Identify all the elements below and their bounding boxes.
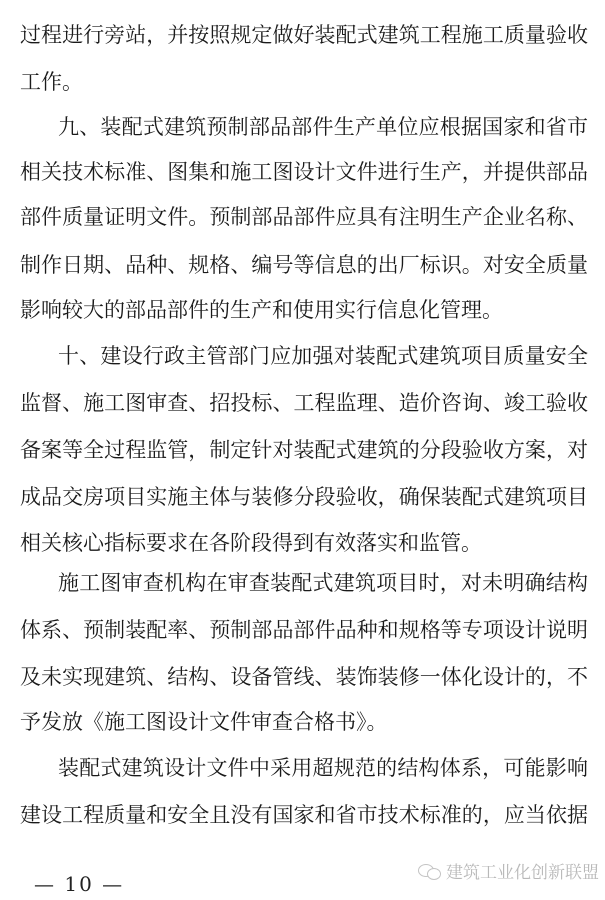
text-line: 相关核心指标要求在各阶段得到有效落实和监管。 (20, 530, 588, 556)
watermark-text: 建筑工业化创新联盟 (446, 858, 599, 883)
paragraph-first-line: 十、建设行政主管部门应加强对装配式建筑项目质量安全 (58, 343, 588, 369)
text-line: 予发放《施工图设计文件审查合格书》。 (20, 709, 588, 735)
text-line: 部件质量证明文件。预制部品部件应具有注明生产企业名称、 (20, 204, 588, 230)
text-line: 相关技术标准、图集和施工图设计文件进行生产，并提供部品 (20, 159, 588, 185)
text-line: 及未实现建筑、结构、设备管线、装饰装修一体化设计的，不 (20, 664, 588, 690)
text-line: 制作日期、品种、规格、编号等信息的出厂标识。对安全质量 (20, 252, 588, 278)
page-number: — 10 — (34, 872, 124, 896)
paragraph-first-line: 九、装配式建筑预制部品部件生产单位应根据国家和省市 (58, 114, 588, 140)
text-line: 建设工程质量和安全且没有国家和省市技术标准的，应当依据 (20, 802, 588, 828)
text-line: 体系、预制装配率、预制部品部件品种和规格等专项设计说明 (20, 617, 588, 643)
wechat-icon (418, 862, 442, 880)
text-line: 成品交房项目实施主体与装修分段验收，确保装配式建筑项目 (20, 484, 588, 510)
text-line: 备案等全过程监管，制定针对装配式建筑的分段验收方案，对 (20, 437, 588, 463)
text-line: 影响较大的部品部件的生产和使用实行信息化管理。 (20, 297, 588, 323)
paragraph-first-line: 装配式建筑设计文件中采用超规范的结构体系，可能影响 (58, 755, 588, 781)
text-line: 工作。 (20, 69, 588, 95)
watermark: 建筑工业化创新联盟 (418, 858, 599, 883)
paragraph-first-line: 施工图审查机构在审查装配式建筑项目时，对未明确结构 (58, 570, 588, 596)
text-line: 过程进行旁站，并按照规定做好装配式建筑工程施工质量验收 (20, 22, 588, 48)
text-line: 监督、施工图审查、招投标、工程监理、造价咨询、竣工验收 (20, 390, 588, 416)
